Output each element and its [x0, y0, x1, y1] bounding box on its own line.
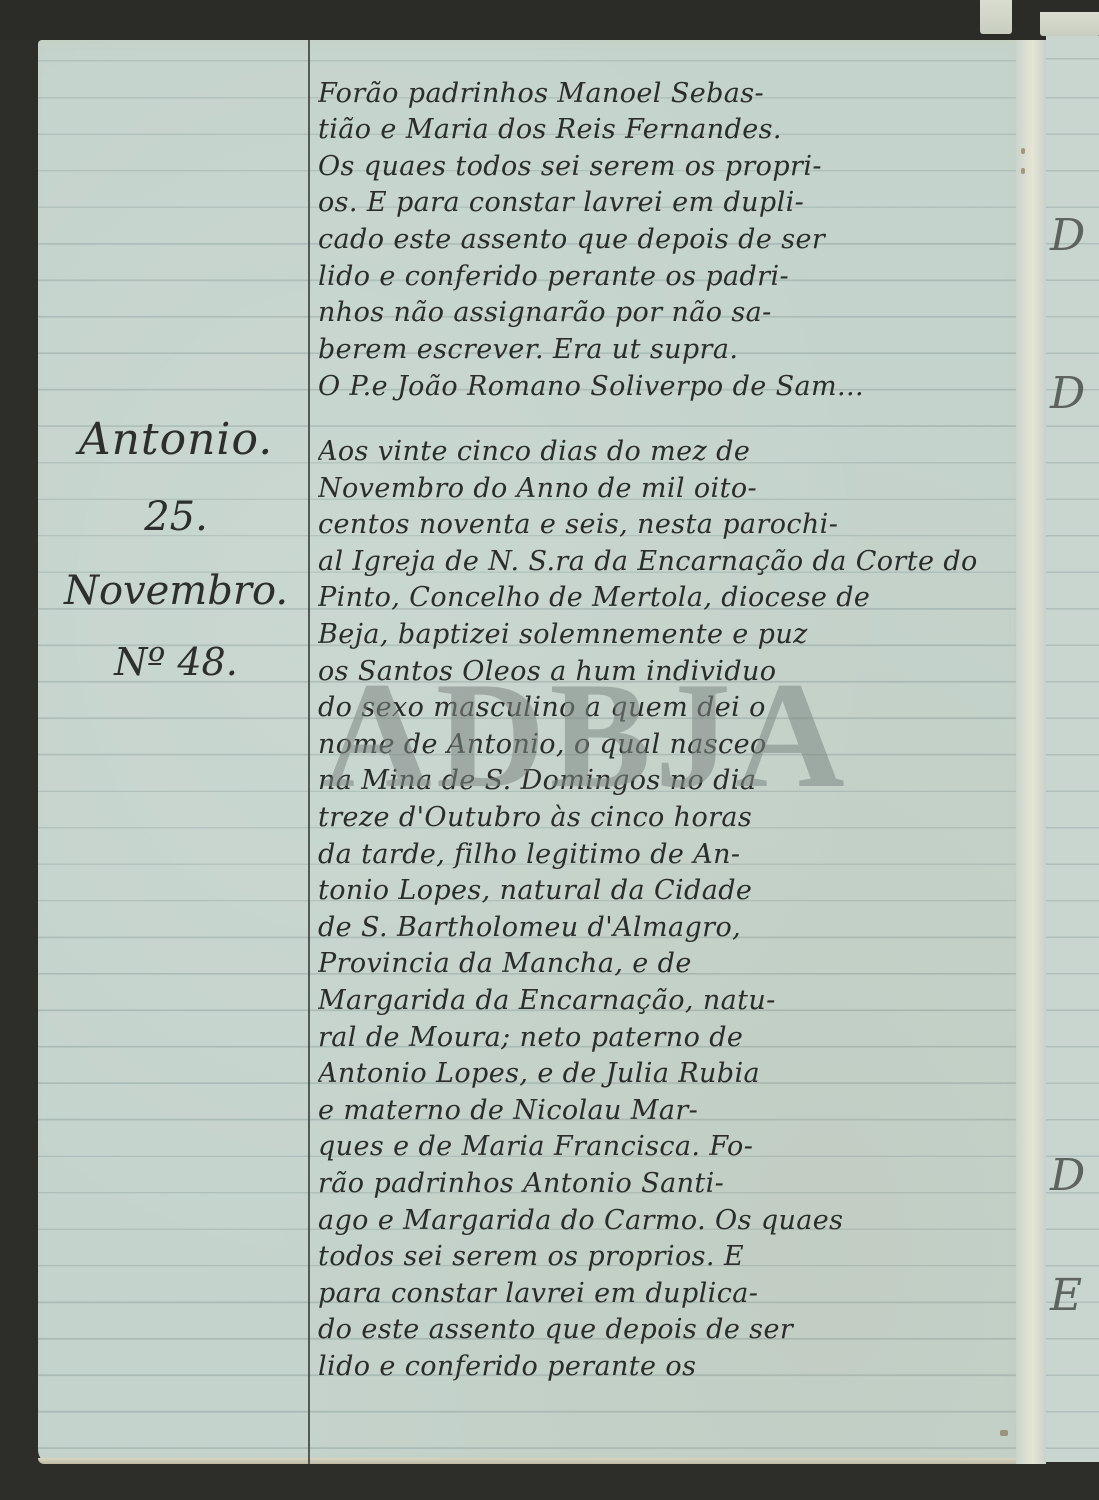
page-tab-right	[1040, 12, 1099, 36]
text-line: lido e conferido perante os	[318, 1351, 1018, 1382]
text-line: Provincia da Mancha, e de	[318, 948, 1018, 979]
text-line: al Igreja de N. S.ra da Encarnação da Co…	[318, 546, 1018, 577]
text-line: Antonio Lopes, e de Julia Rubia	[318, 1058, 1018, 1089]
text-line: Margarida da Encarnação, natu-	[318, 985, 1018, 1016]
text-line: Pinto, Concelho de Mertola, diocese de	[318, 582, 1018, 613]
text-line: os. E para constar lavrei em dupli-	[318, 187, 1018, 218]
text-line: todos sei serem os proprios. E	[318, 1241, 1018, 1272]
margin-rule	[308, 40, 310, 1464]
text-line: lido e conferido perante os padri-	[318, 261, 1018, 292]
text-line: Novembro do Anno de mil oito-	[318, 473, 1018, 504]
text-line: e materno de Nicolau Mar-	[318, 1095, 1018, 1126]
facing-page-fragment: D	[1050, 210, 1085, 261]
text-line: nhos não assignarão por não sa-	[318, 297, 1018, 328]
text-line: rão padrinhos Antonio Santi-	[318, 1168, 1018, 1199]
paper-speck	[1021, 168, 1025, 174]
text-line: da tarde, filho legitimo de An-	[318, 839, 1018, 870]
facing-page-fragment: D	[1050, 1150, 1085, 1201]
page-bottom-edge	[38, 1458, 1024, 1464]
margin-note-name: Antonio.	[46, 414, 306, 465]
text-line: Beja, baptizei solemnemente e puz	[318, 619, 1018, 650]
text-line: ago e Margarida do Carmo. Os quaes	[318, 1205, 1018, 1236]
margin-note-day: 25.	[46, 494, 306, 540]
text-line: Os quaes todos sei serem os propri-	[318, 151, 1018, 182]
paper-speck	[1000, 1430, 1008, 1436]
text-line: treze d'Outubro às cinco horas	[318, 802, 1018, 833]
text-line: do sexo masculino a quem dei o	[318, 692, 1018, 723]
text-line: ral de Moura; neto paterno de	[318, 1022, 1018, 1053]
text-line: do este assento que depois de ser	[318, 1314, 1018, 1345]
text-line: nome de Antonio, o qual nasceo	[318, 729, 1018, 760]
text-line: berem escrever. Era ut supra.	[318, 334, 1018, 365]
text-line: para constar lavrei em duplica-	[318, 1278, 1018, 1309]
facing-page-fragment: D	[1050, 368, 1085, 419]
text-line: Forão padrinhos Manoel Sebas-	[318, 78, 1018, 109]
signature: O P.e João Romano Soliverpo de Sam...	[318, 371, 1018, 402]
scan-backdrop	[0, 0, 1099, 40]
text-line: na Mina de S. Domingos no dia	[318, 765, 1018, 796]
text-line: cado este assento que depois de ser	[318, 224, 1018, 255]
book-gutter	[1016, 40, 1046, 1464]
text-line: centos noventa e seis, nesta parochi-	[318, 509, 1018, 540]
text-line: tonio Lopes, natural da Cidade	[318, 875, 1018, 906]
text-line: tião e Maria dos Reis Fernandes.	[318, 114, 1018, 145]
text-line: Aos vinte cinco dias do mez de	[318, 436, 1018, 467]
paper-speck	[1021, 148, 1025, 154]
margin-note-month: Novembro.	[46, 568, 306, 614]
page-tab-left	[980, 0, 1012, 34]
text-line: os Santos Oleos a hum individuo	[318, 656, 1018, 687]
facing-page-fragment: E	[1050, 1270, 1082, 1321]
margin-note-number: Nº 48.	[46, 640, 306, 684]
text-line: de S. Bartholomeu d'Almagro,	[318, 912, 1018, 943]
text-line: ques e de Maria Francisca. Fo-	[318, 1131, 1018, 1162]
